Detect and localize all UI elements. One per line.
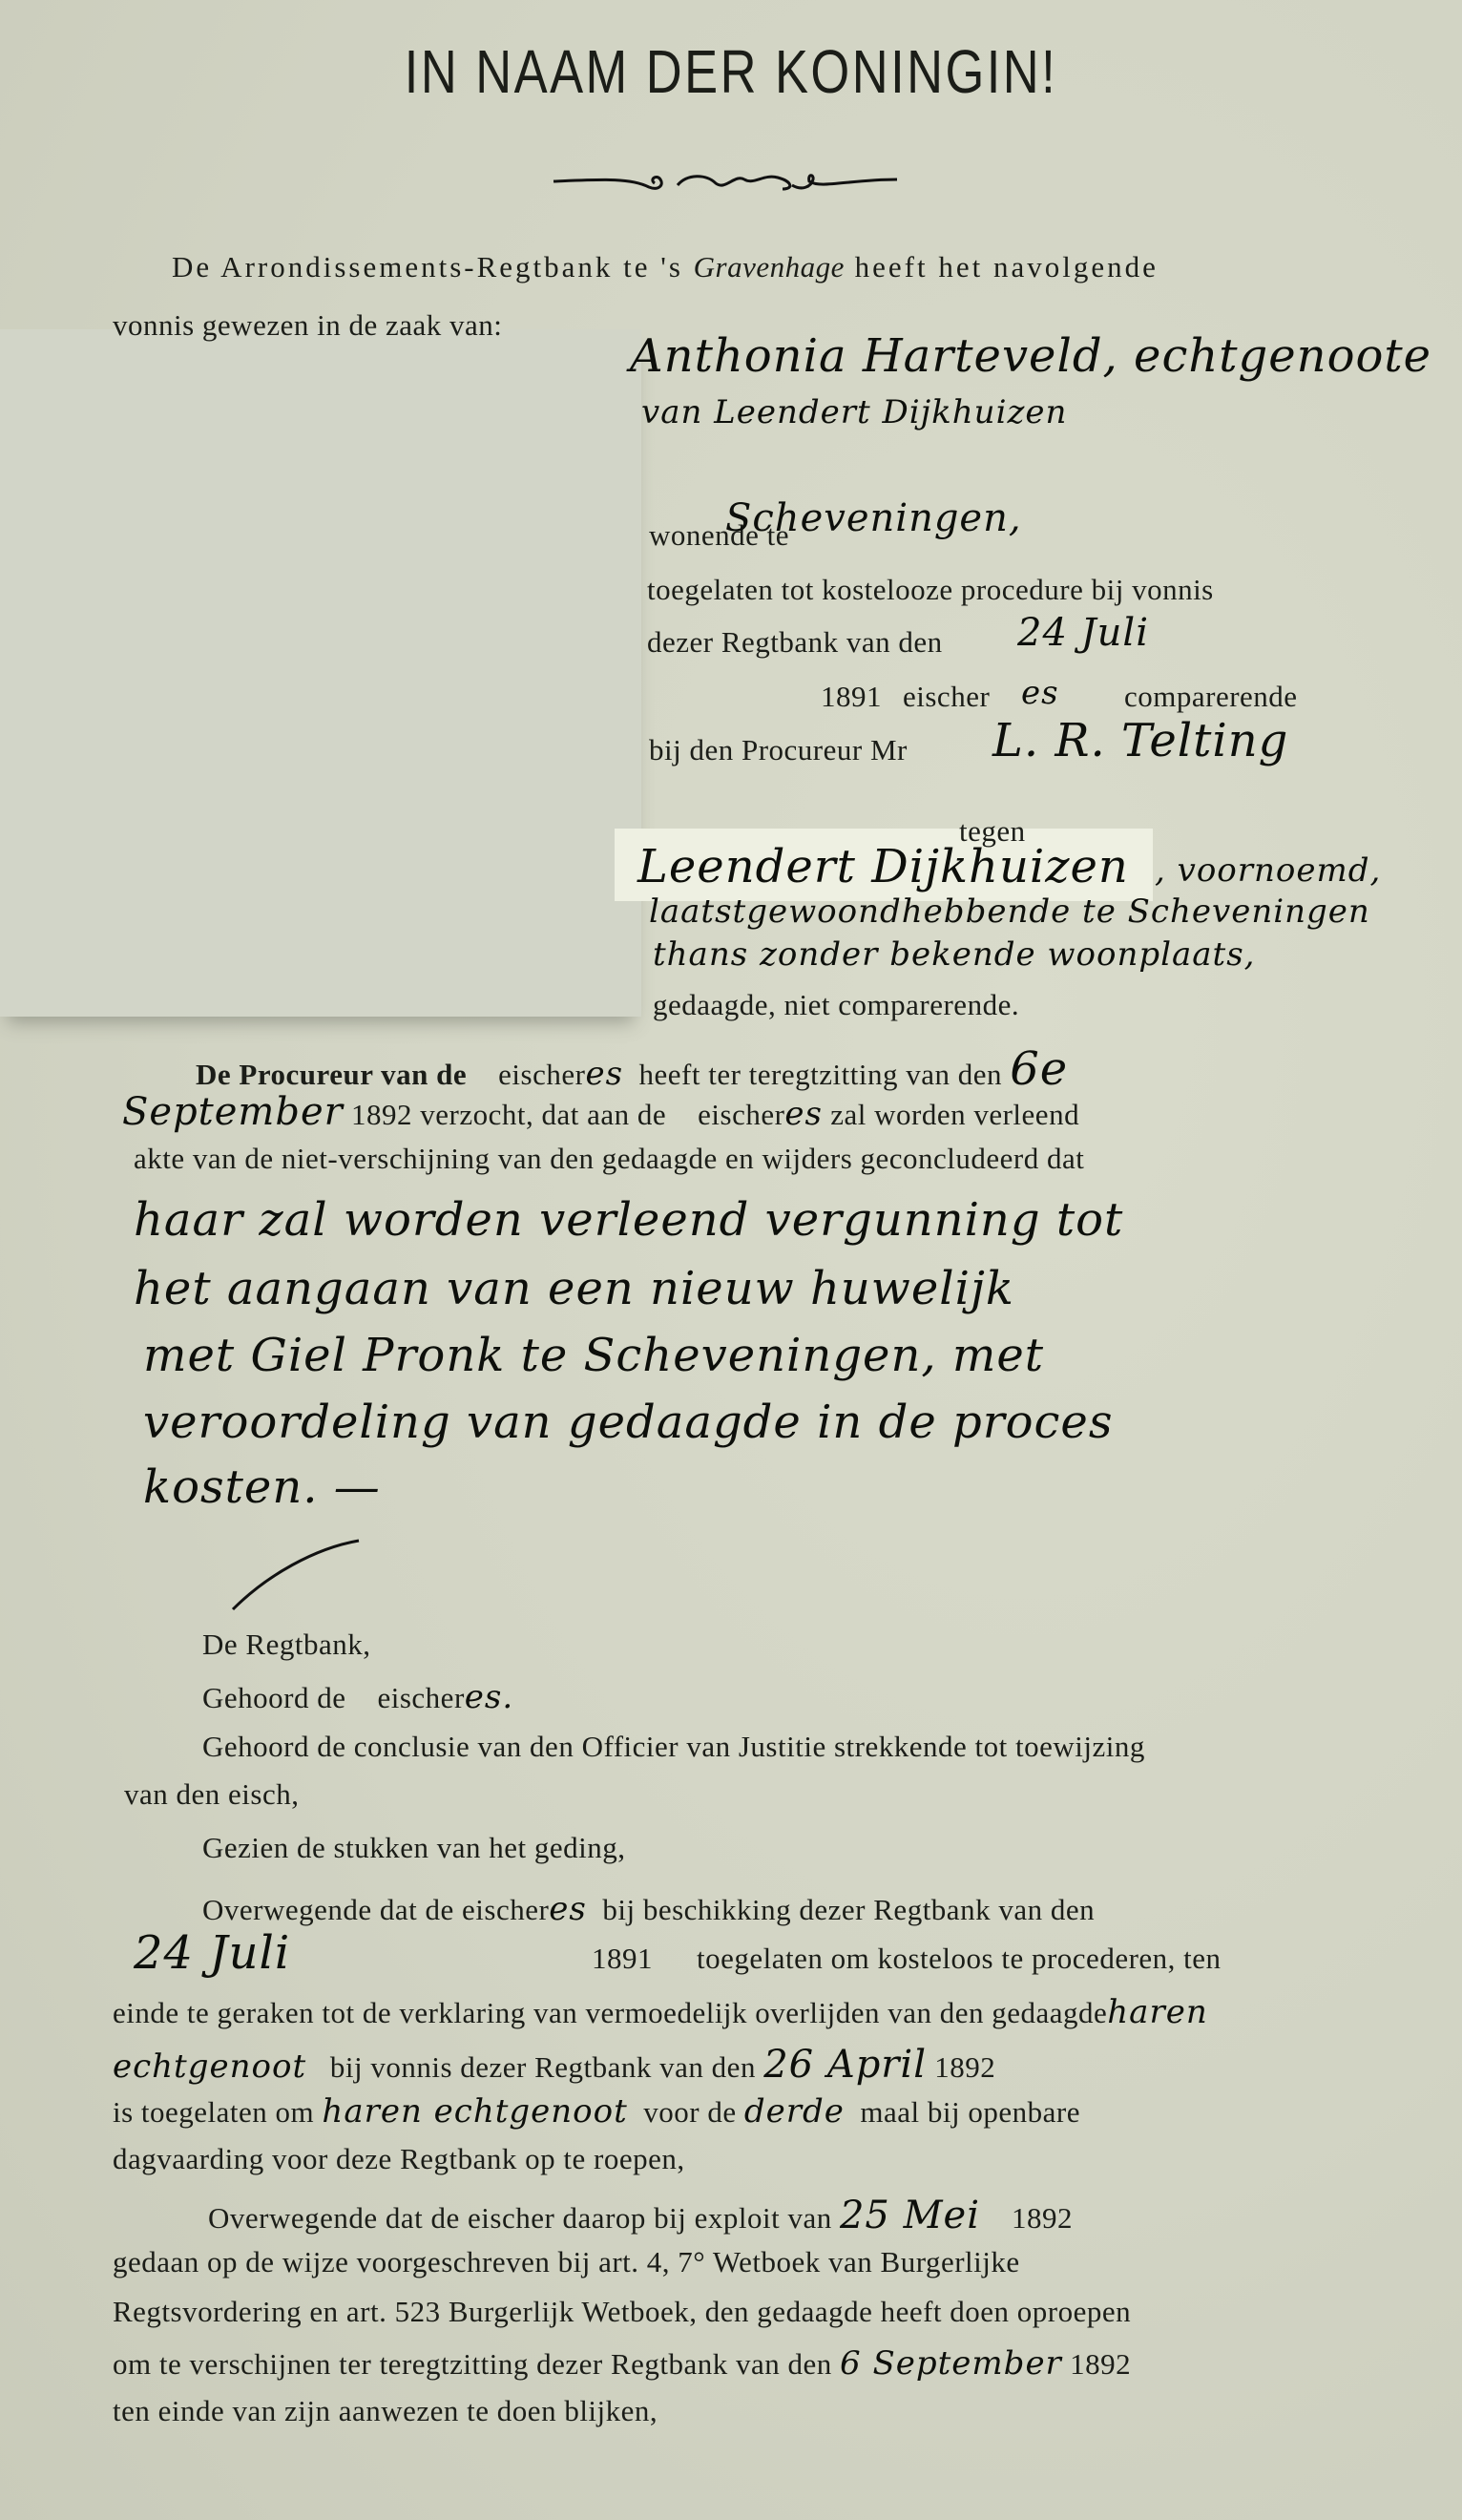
consideration-10: om te verschijnen ter teregtzitting deze… [113,2344,1131,2383]
consideration-8: gedaan op de wijze voorgeschreven bij ar… [113,2245,1020,2279]
document-page: IN NAAM DER KONINGIN! De Arrondissements… [0,0,1462,2520]
residence-value: Scheveningen, [725,496,1022,540]
heard-conclusion: Gehoord de conclusie van den Officier va… [202,1730,1145,1764]
consideration-5: is toegelaten om haren echtgenoot voor d… [113,2092,1080,2131]
consideration-9: Regtsvordering en art. 523 Burgerlijk We… [113,2295,1131,2329]
claim-line-2: het aangaan van een nieuw huwelijk [134,1262,1014,1315]
consideration-3: einde te geraken tot de verklaring van v… [113,1993,1208,2031]
admission-year: 1891 [821,680,882,714]
pen-stroke-mark [229,1537,363,1613]
procureur-name: L. R. Telting [992,714,1288,767]
admission-date: 24 Juli [1017,611,1149,655]
defendant-name: Leendert Dijkhuizen [637,840,1129,893]
blanked-region [0,329,641,1017]
procureur-label: bij den Procureur Mr [649,733,908,767]
claim-line-4: veroordeling van gedaagde in de proces [143,1396,1113,1449]
document-title: IN NAAM DER KONINGIN! [132,36,1330,107]
defendant-status: gedaagde, niet comparerende. [653,988,1019,1022]
plaintiff-spouse: van Leendert Dijkhuizen [641,393,1067,431]
defendant-desc-3: thans zonder bekende woonplaats, [653,935,1255,974]
consideration-4: echtgenoot bij vonnis dezer Regtbank van… [113,2043,995,2087]
flourish-ornament-icon [544,160,907,199]
heard-conclusion-2: van den eisch, [124,1777,299,1812]
request-line-2: September 1892 verzocht, dat aan de eisc… [122,1090,1079,1134]
plaintiff-role-suffix: es [1021,674,1059,712]
defendant-desc-2: laatstgewoondhebbende te Scheveningen [649,892,1370,931]
court-heading: De Regtbank, [202,1627,370,1662]
seen-documents: Gezien de stukken van het geding, [202,1831,625,1865]
consideration-2: toegelaten om kosteloos te procederen, t… [697,1942,1222,1976]
consideration-1: Overwegende dat de eischeres bij beschik… [202,1890,1095,1928]
consideration-date: 24 Juli [134,1926,290,1980]
consideration-11: ten einde van zijn aanwezen te doen blij… [113,2394,658,2428]
heard-plaintiff: Gehoord de eischeres. [202,1678,513,1716]
court-intro: De Arrondissements-Regtbank te 's Graven… [172,250,1159,284]
admitted-text: toegelaten tot kostelooze procedure bij … [647,573,1214,607]
plaintiff-role: eischer [903,680,990,714]
case-intro: vonnis gewezen in de zaak van: [113,308,502,343]
defendant-desc-1: , voornoemd, [1155,851,1381,890]
consideration-7: Overwegende dat de eischer daarop bij ex… [208,2194,1073,2237]
appearing-label: comparerende [1124,680,1298,714]
request-line-3: akte van de niet-verschijning van den ge… [134,1142,1084,1176]
claim-line-5: kosten. — [143,1460,381,1514]
plaintiff-name: Anthonia Harteveld, echtgenoote [630,329,1431,383]
request-line-1: De Procureur van de eischeres heeft ter … [196,1042,1068,1096]
admission-date-prefix: dezer Regtbank van den [647,625,943,660]
consideration-6: dagvaarding voor deze Regtbank op te roe… [113,2142,685,2176]
claim-line-1: haar zal worden verleend vergunning tot [134,1193,1123,1247]
consideration-year: 1891 [592,1942,653,1976]
claim-line-3: met Giel Pronk te Scheveningen, met [143,1329,1044,1382]
